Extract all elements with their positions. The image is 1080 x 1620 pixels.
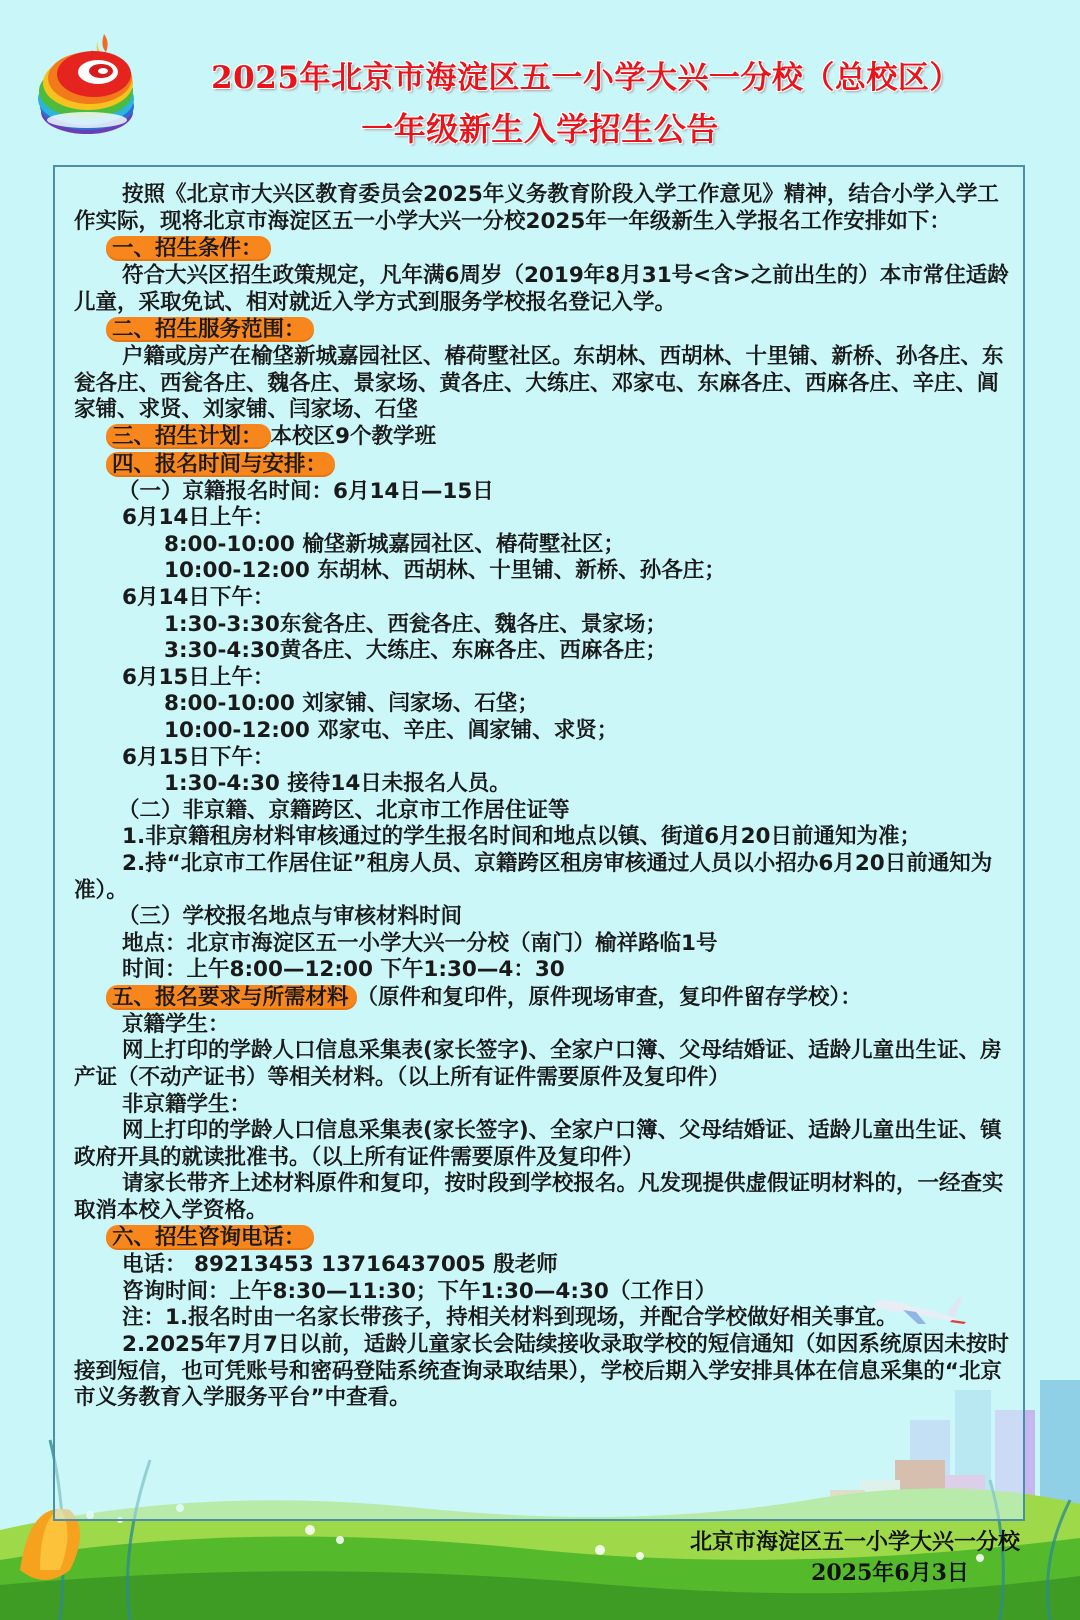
non-beijing-students-label: 非京籍学生： — [74, 1092, 1010, 1119]
intro-paragraph: 按照《北京市大兴区教育委员会2025年义务教育阶段入学工作意见》精神，结合小学入… — [74, 182, 1010, 235]
schedule-slot: 10:00-12:00 东胡林、西胡林、十里铺、新桥、孙各庄； — [74, 558, 1010, 585]
section-heading-consultation-phone: 六、招生咨询电话： — [106, 1225, 314, 1250]
poster-header: 2025年北京市海淀区五一小学大兴一分校（总校区） 一年级新生入学招生公告 — [0, 0, 1080, 160]
consultation-hours: 咨询时间：上午8:30—11:30；下午1:30—4:30（工作日） — [74, 1279, 1010, 1306]
title-line-2: 一年级新生入学招生公告 — [0, 104, 1080, 150]
schedule-slot: 1:30-3:30东瓮各庄、西瓮各庄、魏各庄、景家场； — [74, 612, 1010, 639]
june14-pm-label: 6月14日下午： — [74, 585, 1010, 612]
note-1: 注：1.报名时由一名家长带孩子，持相关材料到现场，并配合学校做好相关事宜。 — [74, 1305, 1010, 1332]
section-heading-registration-schedule: 四、报名时间与安排： — [106, 452, 335, 477]
june15-pm-label: 6月15日下午： — [74, 745, 1010, 772]
non-beijing-item-2: 2.持“北京市工作居住证”租房人员、京籍跨区租房审核通过人员以小招办6月20日前… — [74, 851, 1010, 904]
section-heading-admission-conditions: 一、招生条件： — [106, 236, 271, 261]
schedule-slot: 1:30-4:30 接待14日未报名人员。 — [74, 771, 1010, 798]
school-location-title: （三）学校报名地点与审核材料时间 — [74, 904, 1010, 931]
non-beijing-students-materials: 网上打印的学龄人口信息采集表(家长签字)、全家户口簿、父母结婚证、适龄儿童出生证… — [74, 1118, 1010, 1171]
title-line-1: 2025年北京市海淀区五一小学大兴一分校（总校区） — [0, 52, 1080, 97]
issue-date: 2025年6月3日 — [690, 1558, 1020, 1588]
non-beijing-item-1: 1.非京籍租房材料审核通过的学生报名时间和地点以镇、街道6月20日前通知为准； — [74, 824, 1010, 851]
schedule-slot: 10:00-12:00 邓家屯、辛庄、阊家铺、求贤； — [74, 718, 1010, 745]
required-materials-note: （原件和复印件，原件现场审查，复印件留存学校）： — [357, 985, 862, 1010]
consultation-phone: 电话： 89213453 13716437005 殷老师 — [74, 1252, 1010, 1279]
beijing-students-label: 京籍学生： — [74, 1012, 1010, 1039]
enrollment-plan-text: 本校区9个教学班 — [271, 424, 436, 449]
registration-time: 时间：上午8:00—12:00 下午1:30—4：30 — [74, 957, 1010, 984]
section-heading-enrollment-plan: 三、招生计划： — [106, 424, 271, 449]
service-area-text: 户籍或房产在榆垡新城嘉园社区、椿荷墅社区。东胡林、西胡林、十里铺、新桥、孙各庄、… — [74, 344, 1010, 424]
note-2: 2.2025年7月7日以前，适龄儿童家长会陆续接收录取学校的短信通知（如因系统原… — [74, 1332, 1010, 1412]
june15-am-label: 6月15日上午： — [74, 665, 1010, 692]
admission-conditions-text: 符合大兴区招生政策规定，凡年满6周岁（2019年8月31号<含>之前出生的）本市… — [74, 263, 1010, 316]
false-materials-warning: 请家长带齐上述材料原件和复印，按时段到学校报名。凡发现提供虚假证明材料的，一经查… — [74, 1171, 1010, 1224]
signature-block: 北京市海淀区五一小学大兴一分校 2025年6月3日 — [690, 1528, 1020, 1588]
schedule-slot: 3:30-4:30黄各庄、大练庄、东麻各庄、西麻各庄； — [74, 638, 1010, 665]
registration-location: 地点：北京市海淀区五一小学大兴一分校（南门）榆祥路临1号 — [74, 931, 1010, 958]
schedule-slot: 8:00-10:00 刘家铺、闫家场、石垡； — [74, 691, 1010, 718]
non-beijing-registration-title: （二）非京籍、京籍跨区、北京市工作居住证等 — [74, 798, 1010, 825]
notice-content: 按照《北京市大兴区教育委员会2025年义务教育阶段入学工作意见》精神，结合小学入… — [74, 182, 1010, 1412]
section-heading-service-area: 二、招生服务范围： — [106, 317, 314, 342]
june14-am-label: 6月14日上午： — [74, 505, 1010, 532]
beijing-registration-title: （一）京籍报名时间：6月14日—15日 — [74, 479, 1010, 506]
issuing-school: 北京市海淀区五一小学大兴一分校 — [690, 1528, 1020, 1558]
schedule-slot: 8:00-10:00 榆垡新城嘉园社区、椿荷墅社区； — [74, 532, 1010, 559]
beijing-students-materials: 网上打印的学龄人口信息采集表(家长签字)、全家户口簿、父母结婚证、适龄儿童出生证… — [74, 1038, 1010, 1091]
section-heading-required-materials: 五、报名要求与所需材料 — [106, 985, 357, 1010]
